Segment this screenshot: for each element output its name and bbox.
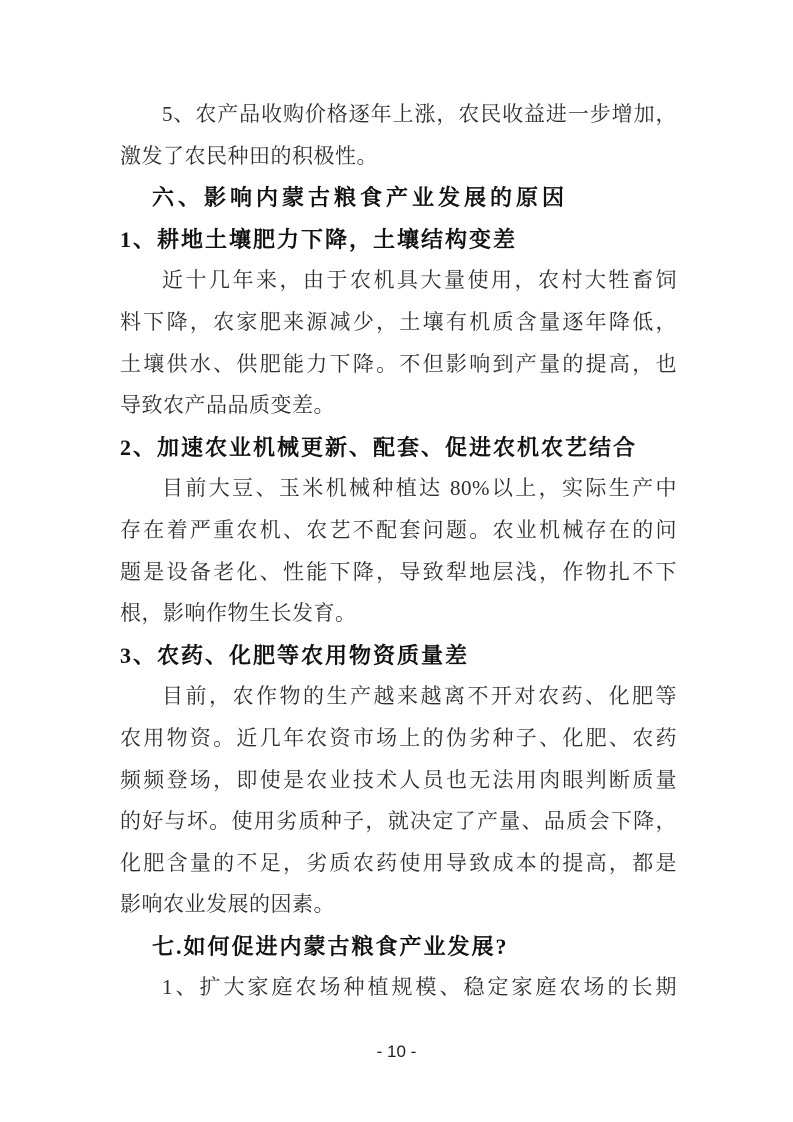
paragraph-line: 土壤供水、供肥能力下降。不但影响到产量的提高，也 bbox=[120, 344, 677, 386]
paragraph-line: 近十几年来，由于农机具大量使用，农村大牲畜饲 bbox=[120, 260, 677, 302]
paragraph-line: 题是设备老化、性能下降，导致犁地层浅，作物扎不下 bbox=[120, 552, 677, 594]
paragraph-line: 影响农业发展的因素。 bbox=[120, 884, 677, 926]
heading-sub-3: 3、农药、化肥等农用物资质量差 bbox=[120, 635, 677, 677]
paragraph-line: 1、扩大家庭农场种植规模、稳定家庭农场的长期 bbox=[120, 967, 677, 1009]
paragraph-line: 料下降，农家肥来源减少，土壤有机质含量逐年降低， bbox=[120, 302, 677, 344]
paragraph-line: 根，影响作物生长发育。 bbox=[120, 593, 677, 635]
paragraph-line: 激发了农民种田的积极性。 bbox=[120, 136, 677, 178]
document-page: 5、农产品收购价格逐年上涨，农民收益进一步增加， 激发了农民种田的积极性。 六、… bbox=[0, 0, 793, 1122]
paragraph-line: 的好与坏。使用劣质种子，就决定了产量、品质会下降， bbox=[120, 801, 677, 843]
paragraph-line: 化肥含量的不足，劣质农药使用导致成本的提高，都是 bbox=[120, 843, 677, 885]
heading-section-six: 六、影响内蒙古粮食产业发展的原因 bbox=[120, 177, 677, 219]
paragraph-line: 存在着严重农机、农艺不配套问题。农业机械存在的问 bbox=[120, 510, 677, 552]
paragraph-line: 目前大豆、玉米机械种植达 80%以上，实际生产中 bbox=[120, 468, 677, 510]
page-number: - 10 - bbox=[0, 1042, 793, 1062]
paragraph-line: 频频登场，即使是农业技术人员也无法用肉眼判断质量 bbox=[120, 760, 677, 802]
heading-section-seven: 七.如何促进内蒙古粮食产业发展? bbox=[120, 926, 677, 968]
paragraph-line: 农用物资。近几年农资市场上的伪劣种子、化肥、农药 bbox=[120, 718, 677, 760]
heading-sub-2: 2、加速农业机械更新、配套、促进农机农艺结合 bbox=[120, 427, 677, 469]
document-body: 5、农产品收购价格逐年上涨，农民收益进一步增加， 激发了农民种田的积极性。 六、… bbox=[120, 94, 677, 1009]
paragraph-line: 5、农产品收购价格逐年上涨，农民收益进一步增加， bbox=[120, 94, 677, 136]
paragraph-line: 目前，农作物的生产越来越离不开对农药、化肥等 bbox=[120, 676, 677, 718]
paragraph-line: 导致农产品品质变差。 bbox=[120, 385, 677, 427]
heading-sub-1: 1、耕地土壤肥力下降，土壤结构变差 bbox=[120, 219, 677, 261]
